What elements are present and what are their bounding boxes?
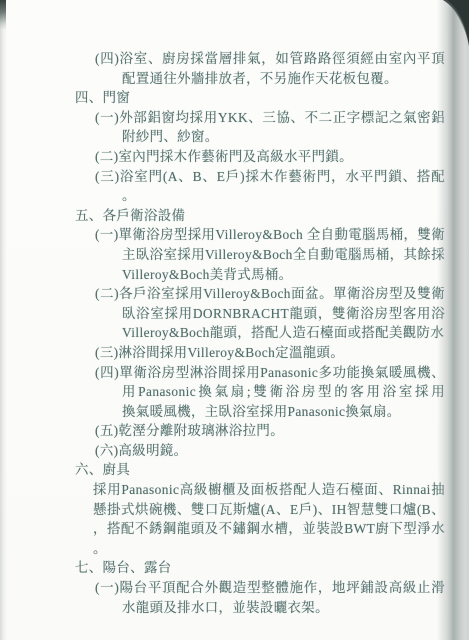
text-line: (三)淋浴間採用Villeroy&Boch定溫龍頭。 — [0, 343, 469, 363]
text-line: Villeroy&Boch美背式馬桶。 — [0, 265, 469, 285]
text-line: (五)乾溼分離附玻璃淋浴拉門。 — [0, 421, 469, 441]
text-line: (一)外部鋁窗均採用YKK、三協、不二正字標記之氣密鋁門窗，並 — [0, 108, 469, 128]
text-line: (四)單衛浴房型淋浴間採用Panasonic多功能換氣暖風機、如廁間採 — [0, 363, 469, 383]
text-line: 。 — [0, 186, 469, 206]
text-line: 四、門窗 — [0, 88, 469, 108]
text-line: (二)室內門採木作藝術門及高級水平門鎖。 — [0, 147, 469, 167]
text-line: 附紗門、紗窗。 — [0, 127, 469, 147]
document-lines: (四)浴室、廚房採當層排氣，如管路路徑須經由室內平頂處以明管配置通往外牆排放者，… — [0, 0, 469, 617]
text-line: 五、各戶衛浴設備 — [0, 206, 469, 226]
text-line: 主臥浴室採用Villeroy&Boch全自動電腦馬桶，其餘採用 — [0, 245, 469, 265]
text-line: 臥浴室採用DORNBRACHT龍頭，雙衛浴房型客用浴室採用 — [0, 304, 469, 324]
text-line: (四)浴室、廚房採當層排氣，如管路路徑須經由室內平頂處以明管 — [0, 49, 469, 69]
scanned-document-page: (四)浴室、廚房採當層排氣，如管路路徑須經由室內平頂處以明管配置通往外牆排放者，… — [0, 0, 469, 640]
text-line: 採用Panasonic高級櫥櫃及面板搭配人造石檯面、Rinnai抽油煙機、 — [0, 480, 469, 500]
text-line: 配置通往外牆排放者，不另施作天花板包覆。 — [0, 69, 469, 89]
text-line: 用Panasonic換氣扇;雙衛浴房型的客用浴室採用Panasonic多功能 — [0, 382, 469, 402]
text-line: 七、陽台、露台 — [0, 558, 469, 578]
text-line: (一)單衛浴房型採用Villeroy&Boch 全自動電腦馬桶，雙衛浴房型的 — [0, 225, 469, 245]
text-line: 水龍頭及排水口，並裝設曬衣架。 — [0, 598, 469, 618]
text-line: Villeroy&Boch龍頭，搭配人造石檯面或搭配美觀防水浴櫃。 — [0, 323, 469, 343]
text-line: (一)陽台平頂配合外觀造型整體施作，地坪鋪設高級止滑磚，設有 — [0, 578, 469, 598]
text-line: 。 — [0, 539, 469, 559]
text-line: 換氣暖風機，主臥浴室採用Panasonic換氣扇。 — [0, 402, 469, 422]
text-line: 懸掛式烘碗機、雙口瓦斯爐(A、E戶)、IH智慧雙口爐(B、C、D戶) — [0, 500, 469, 520]
text-line: (三)浴室門(A、B、E戶)採木作藝術門，水平門鎖、搭配大理石門檻 — [0, 167, 469, 187]
text-line: 六、廚具 — [0, 460, 469, 480]
text-line: (二)各戶浴室採用Villeroy&Boch面盆。單衛浴房型及雙衛浴房型主 — [0, 284, 469, 304]
text-line: (六)高級明鏡。 — [0, 441, 469, 461]
text-line: ，搭配不銹鋼龍頭及不鏽鋼水槽，並裝設BWT廚下型淨水飲水設備 — [0, 519, 469, 539]
